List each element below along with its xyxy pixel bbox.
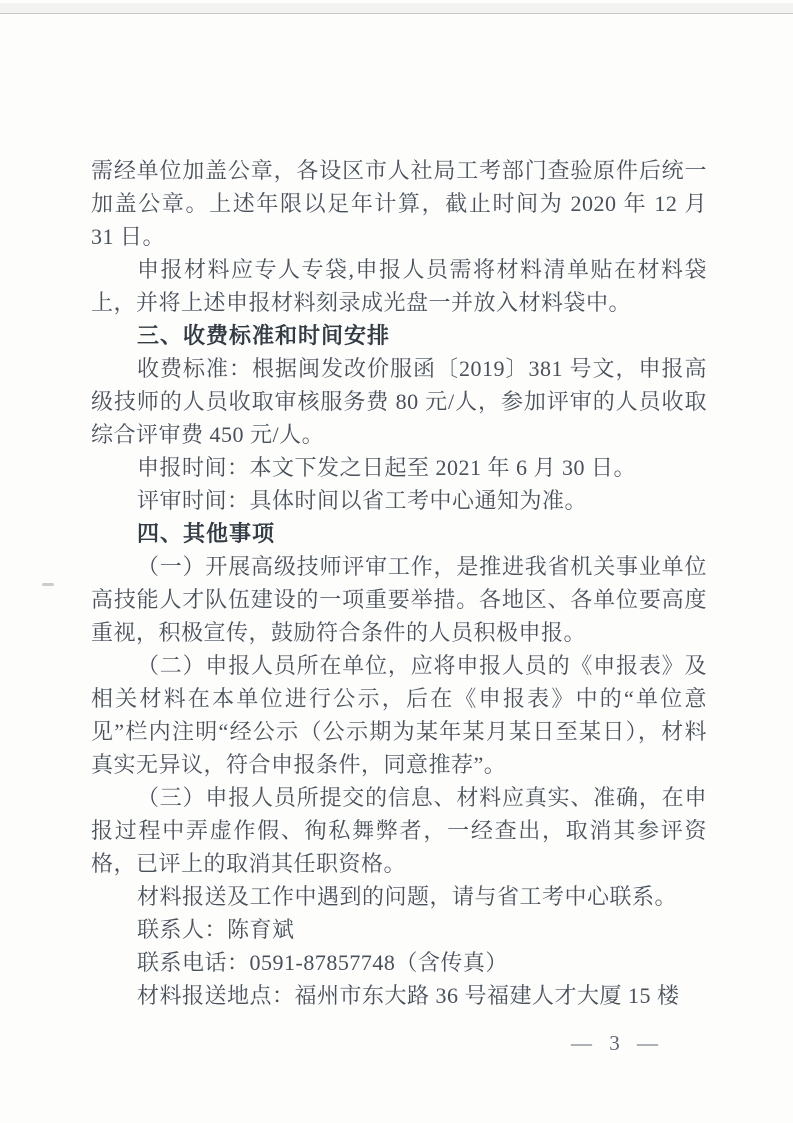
paragraph-application-time: 申报时间：本文下发之日起至 2021 年 6 月 30 日。 <box>91 451 707 484</box>
paragraph-materials-bag: 申报材料应专人专袋,申报人员需将材料清单贴在材料袋上，并将上述申报材料刻录成光盘… <box>91 253 707 319</box>
paragraph-review-time: 评审时间：具体时间以省工考中心通知为准。 <box>91 484 707 517</box>
paragraph-contact-note: 材料报送及工作中遇到的问题，请与省工考中心联系。 <box>91 880 707 913</box>
document-body: 需经单位加盖公章，各设区市人社局工考部门查验原件后统一加盖公章。上述年限以足年计… <box>91 154 707 1012</box>
section-heading-fees-schedule: 三、收费标准和时间安排 <box>91 319 707 352</box>
page-number: — 3 — <box>571 1031 660 1056</box>
paragraph-continuation: 需经单位加盖公章，各设区市人社局工考部门查验原件后统一加盖公章。上述年限以足年计… <box>91 154 707 253</box>
scan-speck-artifact <box>42 583 54 586</box>
paragraph-item-two: （二）申报人员所在单位，应将申报人员的《申报表》及相关材料在本单位进行公示，后在… <box>91 649 707 781</box>
paragraph-item-three: （三）申报人员所提交的信息、材料应真实、准确，在申报过程中弄虚作假、徇私舞弊者，… <box>91 781 707 880</box>
paragraph-contact-person: 联系人：陈育斌 <box>91 913 707 946</box>
paragraph-delivery-address: 材料报送地点：福州市东大路 36 号福建人才大厦 15 楼 <box>91 979 707 1012</box>
paragraph-contact-phone: 联系电话：0591-87857748（含传真） <box>91 946 707 979</box>
scan-edge-artifact <box>0 3 793 14</box>
paragraph-fee-standard: 收费标准：根据闽发改价服函〔2019〕381 号文，申报高级技师的人员收取审核服… <box>91 352 707 451</box>
paragraph-item-one: （一）开展高级技师评审工作，是推进我省机关事业单位高技能人才队伍建设的一项重要举… <box>91 550 707 649</box>
section-heading-other-matters: 四、其他事项 <box>91 517 707 550</box>
scanned-page: 需经单位加盖公章，各设区市人社局工考部门查验原件后统一加盖公章。上述年限以足年计… <box>0 0 793 1123</box>
